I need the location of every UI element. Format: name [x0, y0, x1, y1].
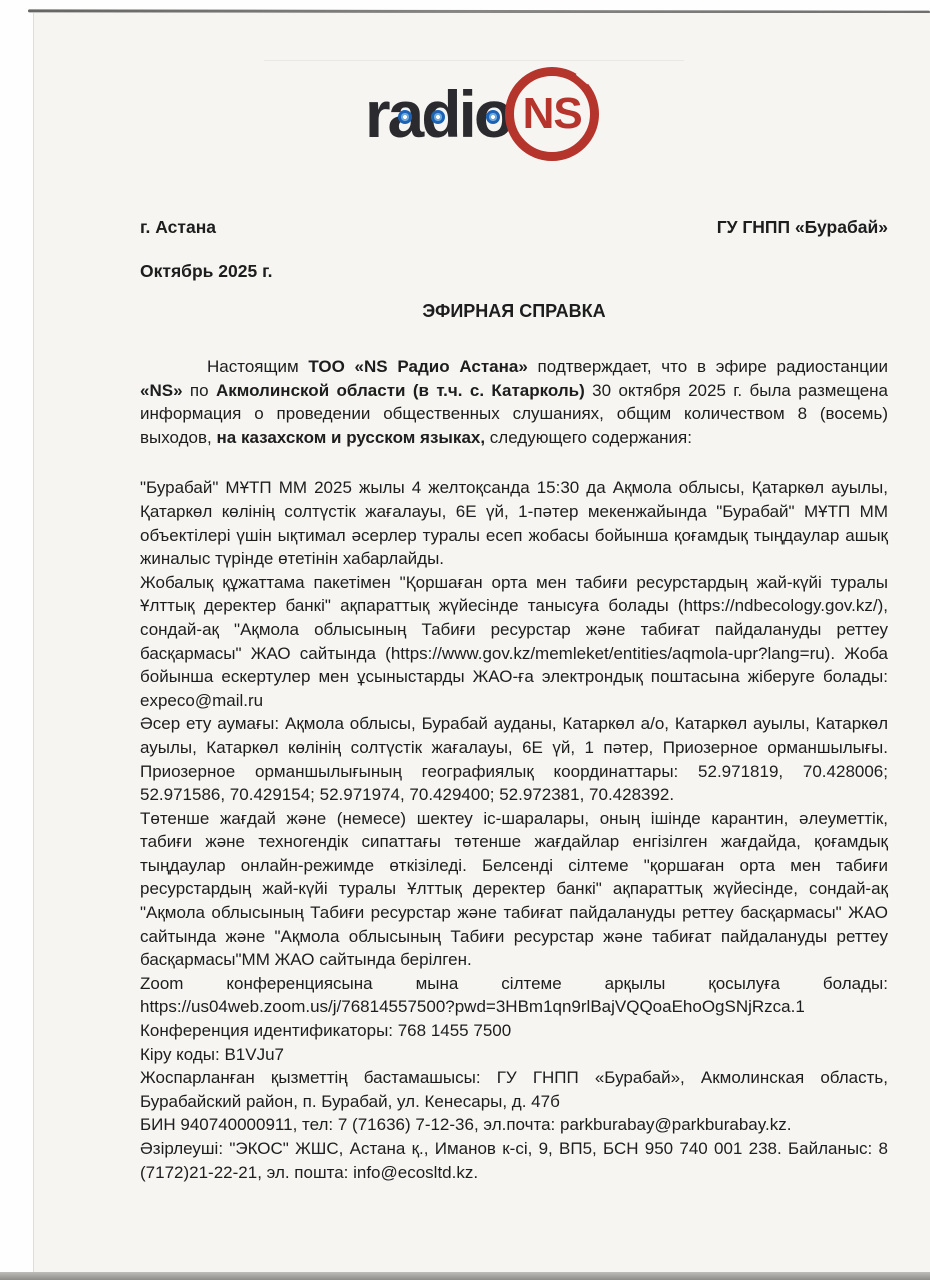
- body-paragraph: Кіру коды: B1VJu7: [140, 1043, 888, 1067]
- body-paragraph: Әсер ету аумағы: Ақмола облысы, Бурабай …: [140, 712, 888, 806]
- text-run: «NS»: [140, 381, 183, 400]
- body-paragraph: "Бурабай" МҰТП ММ 2025 жылы 4 желтоқсанд…: [140, 476, 888, 570]
- body-paragraph: Әзірлеуші: "ЭКОС" ЖШС, Астана қ., Иманов…: [140, 1137, 888, 1184]
- letterhead-image-edge: [264, 60, 684, 61]
- header-row: г. Астана ГУ ГНПП «Бурабай»: [140, 217, 888, 238]
- radio-ns-logo: radio NS: [34, 62, 930, 166]
- scan-bottom-edge: [0, 1272, 930, 1280]
- body-paragraphs: "Бурабай" МҰТП ММ 2025 жылы 4 желтоқсанд…: [140, 476, 888, 1184]
- document-content: г. Астана ГУ ГНПП «Бурабай» Октябрь 2025…: [34, 217, 930, 1184]
- text-run: Настоящим: [207, 357, 308, 376]
- organization-label: ГУ ГНПП «Бурабай»: [717, 217, 888, 238]
- ns-circle-badge: NS: [505, 67, 599, 161]
- text-run: Акмолинской области (в т.ч. с. Катарколь…: [216, 381, 585, 400]
- text-run: подтверждает, что в эфире радиостанции: [528, 357, 888, 376]
- date-label: Октябрь 2025 г.: [140, 261, 888, 282]
- document-paper: radio NS г. Астана ГУ ГНПП «Бурабай» Окт…: [34, 13, 930, 1272]
- body-paragraph: Конференция идентификаторы: 768 1455 750…: [140, 1019, 888, 1043]
- text-run: следующего содержания:: [485, 428, 692, 447]
- document-title: ЭФИРНАЯ СПРАВКА: [140, 301, 888, 322]
- city-label: г. Астана: [140, 217, 216, 238]
- ring-gap-detail: [576, 66, 595, 85]
- record-dot-icon: [486, 110, 500, 124]
- text-run: ТОО «NS Радио Астана»: [308, 357, 527, 376]
- logo-wordmark: radio: [365, 81, 511, 147]
- body-paragraph: Төтенше жағдай және (немесе) шектеу іс-ш…: [140, 807, 888, 972]
- text-run: на казахском и русском языках,: [217, 428, 486, 447]
- text-run: по: [183, 381, 216, 400]
- record-dot-icon: [398, 110, 412, 124]
- record-dot-icon: [431, 110, 445, 124]
- body-paragraph: Жобалық құжаттама пакетімен "Қоршаған ор…: [140, 571, 888, 713]
- ns-badge-label: NS: [523, 92, 582, 136]
- intro-paragraph: Настоящим ТОО «NS Радио Астана» подтверж…: [140, 355, 888, 449]
- body-paragraph: Жоспарланған қызметтің бастамашысы: ГУ Г…: [140, 1066, 888, 1113]
- body-paragraph: Zoom конференциясына мына сілтеме арқылы…: [140, 972, 888, 1019]
- body-paragraph: БИН 940740000911, тел: 7 (71636) 7-12-36…: [140, 1113, 888, 1137]
